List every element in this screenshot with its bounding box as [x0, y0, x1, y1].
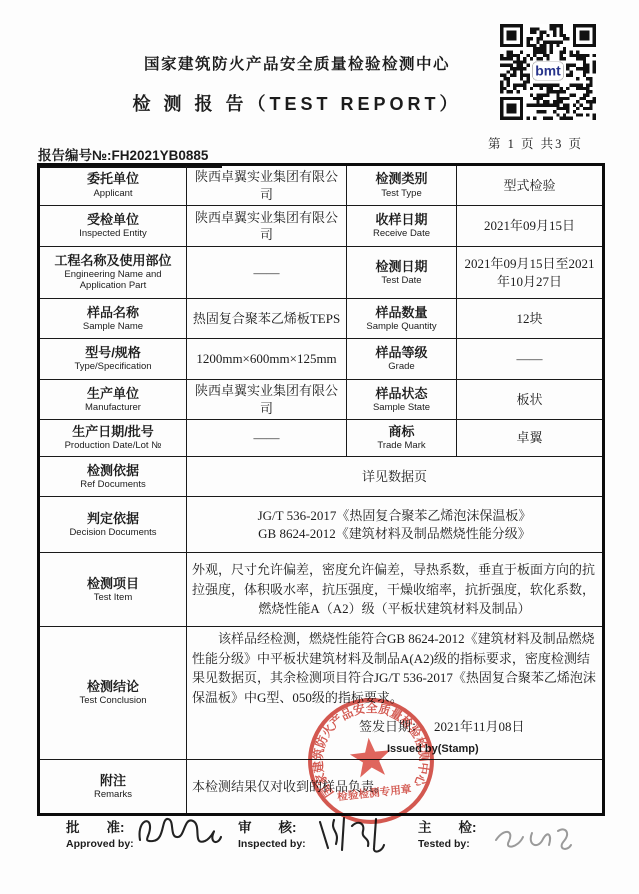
row-label2-zh: 商标 — [352, 424, 451, 440]
row-label-en: Decision Documents — [45, 528, 181, 539]
table-row-test-item: 检测项目Test Item 外观，尺寸允许偏差，密度允许偏差，导热系数，垂直于板… — [39, 553, 604, 627]
row-value2: 卓翼 — [457, 420, 604, 457]
approved-by-label-en: Approved by: — [66, 838, 134, 850]
row-label-en: Remarks — [45, 790, 181, 801]
row-label2-en: Trade Mark — [352, 441, 451, 452]
row-label-zh: 生产日期/批号 — [45, 424, 181, 440]
issue-date-block: 签发日期：2021年11月08日 Issued by(Stamp) — [359, 717, 589, 757]
qr-center-logo: bmt — [535, 63, 561, 79]
tester-signature-icon — [488, 818, 574, 862]
row-label-zh: 委托单位 — [45, 171, 181, 187]
approved-by-block: 批 准: Approved by: — [66, 816, 134, 850]
conclusion-text: 该样品经检测，燃烧性能符合GB 8624-2012《建筑材料及制品燃烧性能分级》… — [192, 629, 597, 707]
table-row: 生产日期/批号Production Date/Lot № —— 商标Trade … — [39, 420, 604, 457]
row-label-en: Sample Name — [45, 322, 181, 333]
ref-documents-value: 详见数据页 — [187, 457, 604, 497]
table-row-conclusion: 检测结论Test Conclusion 该样品经检测，燃烧性能符合GB 8624… — [39, 627, 604, 760]
table-row: 委托单位Applicant 陕西卓翼实业集团有限公司 检测类别Test Type… — [39, 165, 604, 206]
row-label-zh: 样品名称 — [45, 305, 181, 321]
row-value: —— — [187, 247, 347, 299]
decision-doc-line1: JG/T 536-2017《热固复合聚苯乙烯泡沫保温板》 — [192, 507, 597, 525]
table-row: 样品名称Sample Name 热固复合聚苯乙烯板TEPS 样品数量Sample… — [39, 299, 604, 339]
report-table: 委托单位Applicant 陕西卓翼实业集团有限公司 检测类别Test Type… — [37, 163, 605, 816]
table-row: 工程名称及使用部位Engineering Name and Applicatio… — [39, 247, 604, 299]
issue-date: 2021年11月08日 — [434, 719, 525, 734]
tested-by-label-en: Tested by: — [418, 838, 477, 850]
page-indicator: 第 1 页 共3 页 — [488, 134, 583, 152]
row-value: 陕西卓翼实业集团有限公司 — [187, 380, 347, 420]
row-value2: 型式检验 — [457, 165, 604, 206]
row-label2-en: Test Date — [352, 276, 451, 287]
test-item-last-line: 燃烧性能A（A2）级（平板状建筑材料及制品） — [192, 599, 597, 619]
row-value2: 12块 — [457, 299, 604, 339]
row-value2: —— — [457, 339, 604, 380]
row-value: —— — [187, 420, 347, 457]
row-label-en: Manufacturer — [45, 403, 181, 414]
qr-code: bmt — [500, 24, 596, 120]
row-value: 陕西卓翼实业集团有限公司 — [187, 206, 347, 247]
test-item-list: 外观，尺寸允许偏差，密度允许偏差，导热系数，垂直于板面方向的抗拉强度，体积吸水率… — [192, 562, 595, 597]
row-label-zh: 生产单位 — [45, 386, 181, 402]
row-label2-zh: 检测日期 — [352, 259, 451, 275]
row-value2: 板状 — [457, 380, 604, 420]
row-label2-zh: 样品数量 — [352, 305, 451, 321]
row-value2: 2021年09月15日至2021年10月27日 — [457, 247, 604, 299]
row-label-zh: 受检单位 — [45, 212, 181, 228]
inspected-by-block: 审 核: Inspected by: — [238, 816, 306, 850]
inspected-by-label-zh: 审 核: — [238, 816, 306, 836]
row-label-zh: 型号/规格 — [45, 345, 181, 361]
issue-date-label: 签发日期： — [359, 719, 424, 734]
row-label2-en: Receive Date — [352, 229, 451, 240]
row-label2-en: Grade — [352, 362, 451, 373]
tested-by-label-zh: 主 检: — [418, 816, 477, 836]
row-label-en: Type/Specification — [45, 362, 181, 373]
row-label-en: Production Date/Lot № — [45, 441, 181, 452]
table-row: 受检单位Inspected Entity 陕西卓翼实业集团有限公司 收样日期Re… — [39, 206, 604, 247]
table-row: 生产单位Manufacturer 陕西卓翼实业集团有限公司 样品状态Sample… — [39, 380, 604, 420]
remarks-value: 本检测结果仅对收到的样品负责。 — [187, 760, 604, 815]
row-label2-zh: 样品等级 — [352, 345, 451, 361]
row-label-zh: 检测结论 — [45, 679, 181, 695]
tested-by-block: 主 检: Tested by: — [418, 816, 477, 850]
row-label-zh: 工程名称及使用部位 — [45, 253, 181, 269]
row-label2-en: Sample Quantity — [352, 322, 451, 333]
row-value: 1200mm×600mm×125mm — [187, 339, 347, 380]
row-label-en: Test Conclusion — [45, 696, 181, 707]
row-label-zh: 检测项目 — [45, 576, 181, 592]
approver-signature-icon — [132, 810, 224, 856]
row-label2-zh: 收样日期 — [352, 212, 451, 228]
row-label2-en: Sample State — [352, 403, 451, 414]
table-row: 型号/规格Type/Specification 1200mm×600mm×125… — [39, 339, 604, 380]
inspected-by-label-en: Inspected by: — [238, 838, 306, 850]
row-value2: 2021年09月15日 — [457, 206, 604, 247]
signature-row: 批 准: Approved by: 审 核: Inspected by: 主 检… — [0, 816, 639, 876]
table-row-decision-documents: 判定依据Decision Documents JG/T 536-2017《热固复… — [39, 497, 604, 553]
approved-by-label-zh: 批 准: — [66, 816, 134, 836]
row-label2-en: Test Type — [352, 189, 451, 200]
issued-by-stamp-label: Issued by(Stamp) — [359, 741, 589, 758]
row-label-en: Engineering Name and Application Part — [45, 270, 181, 292]
row-label-en: Test Item — [45, 593, 181, 604]
decision-doc-line2: GB 8624-2012《建筑材料及制品燃烧性能分级》 — [192, 525, 597, 543]
row-label-en: Applicant — [45, 189, 181, 200]
row-label-en: Ref Documents — [45, 480, 181, 491]
row-label-en: Inspected Entity — [45, 229, 181, 240]
inspector-signature-icon — [310, 810, 388, 858]
table-row-ref-documents: 检测依据Ref Documents 详见数据页 — [39, 457, 604, 497]
row-value: 热固复合聚苯乙烯板TEPS — [187, 299, 347, 339]
row-label-zh: 检测依据 — [45, 463, 181, 479]
table-row-remarks: 附注Remarks 本检测结果仅对收到的样品负责。 — [39, 760, 604, 815]
row-label2-zh: 检测类别 — [352, 171, 451, 187]
row-label-zh: 判定依据 — [45, 511, 181, 527]
row-value: 陕西卓翼实业集团有限公司 — [187, 165, 347, 206]
row-label2-zh: 样品状态 — [352, 386, 451, 402]
row-label-zh: 附注 — [45, 773, 181, 789]
